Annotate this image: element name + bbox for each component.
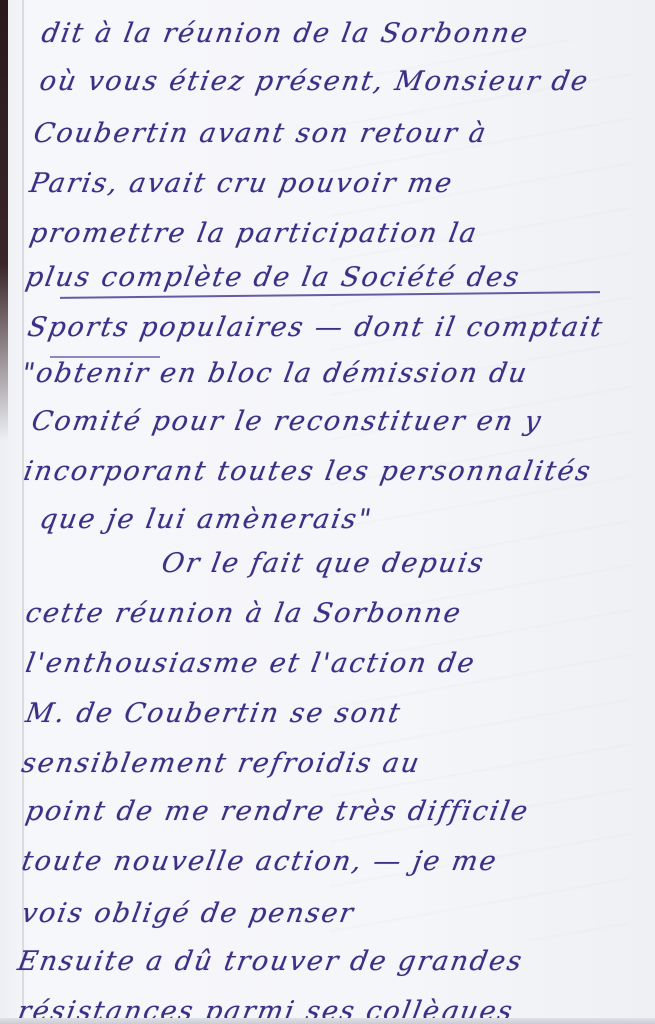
- handwritten-line: sensiblement refroidis au: [19, 748, 423, 779]
- handwritten-line: incorporant toutes les personnalités: [21, 456, 594, 487]
- handwritten-line: plus complète de la Société des: [23, 262, 523, 293]
- handwritten-line: cette réunion à la Sorbonne: [23, 598, 464, 629]
- handwritten-line: M. de Coubertin se sont: [23, 698, 404, 729]
- manuscript-page: dit à la réunion de la Sorbonne où vous …: [0, 0, 655, 1024]
- handwritten-line: Coubertin avant son retour à: [31, 118, 490, 149]
- handwritten-line: Paris, avait cru pouvoir me: [27, 168, 456, 199]
- handwritten-line: "obtenir en bloc la démission du: [19, 358, 531, 389]
- handwritten-line: toute nouvelle action, — je me: [19, 846, 500, 877]
- handwritten-line: Sports populaires — dont il comptait: [25, 312, 606, 343]
- handwritten-line: dit à la réunion de la Sorbonne: [39, 18, 531, 49]
- handwritten-line: promettre la participation la: [27, 218, 480, 249]
- handwritten-line: Comité pour le reconstituer en y: [29, 406, 545, 437]
- handwritten-line: Or le fait que depuis: [159, 548, 487, 579]
- handwritten-line: Ensuite a dû trouver de grandes: [15, 946, 526, 977]
- underline-stroke-short: [50, 356, 160, 358]
- page-bottom-edge: [0, 1018, 655, 1024]
- handwritten-line: où vous étiez présent, Monsieur de: [37, 66, 592, 97]
- handwritten-line: vois obligé de penser: [19, 898, 357, 929]
- handwritten-line: l'enthousiasme et l'action de: [23, 648, 478, 679]
- handwritten-text-block: dit à la réunion de la Sorbonne où vous …: [0, 0, 655, 1024]
- handwritten-line: que je lui amènerais": [37, 504, 375, 535]
- handwritten-line: point de me rendre très difficile: [23, 796, 532, 827]
